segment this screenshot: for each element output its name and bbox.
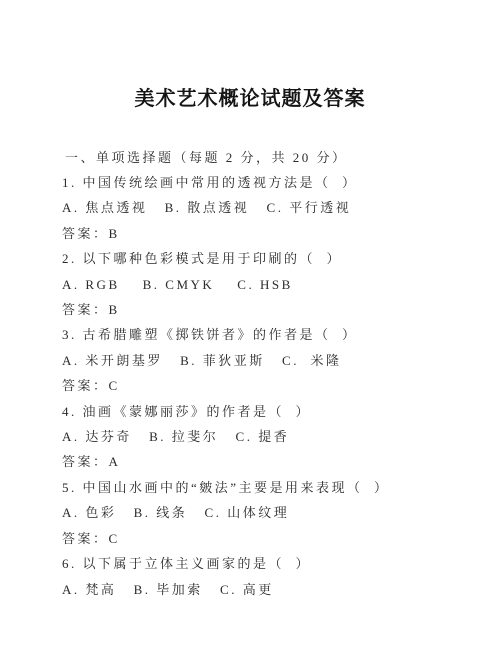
question-options: A. 梵高 B. 毕加索 C. 高更 <box>62 577 500 602</box>
question-answer: 答案：B <box>62 221 500 246</box>
question-answer: 答案：C <box>62 526 500 551</box>
question-options: A. 焦点透视 B. 散点透视 C. 平行透视 <box>62 195 500 220</box>
question-block: 3. 古希腊雕塑《掷铁饼者》的作者是（ ） A. 米开朗基罗 B. 菲狄亚斯 C… <box>0 322 500 398</box>
question-text: 6. 以下属于立体主义画家的是（ ） <box>62 551 500 576</box>
question-block: 6. 以下属于立体主义画家的是（ ） A. 梵高 B. 毕加索 C. 高更 <box>0 551 500 602</box>
question-options: A. 达芬奇 B. 拉斐尔 C. 提香 <box>62 424 500 449</box>
document-title: 美术艺术概论试题及答案 <box>0 0 500 111</box>
question-block: 2. 以下哪种色彩模式是用于印刷的（ ） A. RGB B. CMYK C. H… <box>0 246 500 322</box>
question-answer: 答案：B <box>62 297 500 322</box>
question-answer: 答案：C <box>62 373 500 398</box>
question-options: A. RGB B. CMYK C. HSB <box>62 272 500 297</box>
question-text: 4. 油画《蒙娜丽莎》的作者是（ ） <box>62 399 500 424</box>
question-block: 5. 中国山水画中的“皴法”主要是用来表现（ ） A. 色彩 B. 线条 C. … <box>0 475 500 551</box>
question-block: 1. 中国传统绘画中常用的透视方法是（ ） A. 焦点透视 B. 散点透视 C.… <box>0 170 500 246</box>
question-options: A. 色彩 B. 线条 C. 山体纹理 <box>62 500 500 525</box>
question-block: 4. 油画《蒙娜丽莎》的作者是（ ） A. 达芬奇 B. 拉斐尔 C. 提香 答… <box>0 399 500 475</box>
exam-document-page: 美术艺术概论试题及答案 一、单项选择题（每题 2 分，共 20 分） 1. 中国… <box>0 0 500 647</box>
question-text: 2. 以下哪种色彩模式是用于印刷的（ ） <box>62 246 500 271</box>
section-heading: 一、单项选择题（每题 2 分，共 20 分） <box>65 145 500 170</box>
question-options: A. 米开朗基罗 B. 菲狄亚斯 C. 米隆 <box>62 348 500 373</box>
question-text: 5. 中国山水画中的“皴法”主要是用来表现（ ） <box>62 475 500 500</box>
question-text: 3. 古希腊雕塑《掷铁饼者》的作者是（ ） <box>62 322 500 347</box>
question-answer: 答案：A <box>62 449 500 474</box>
question-text: 1. 中国传统绘画中常用的透视方法是（ ） <box>62 170 500 195</box>
questions-list: 1. 中国传统绘画中常用的透视方法是（ ） A. 焦点透视 B. 散点透视 C.… <box>0 170 500 602</box>
